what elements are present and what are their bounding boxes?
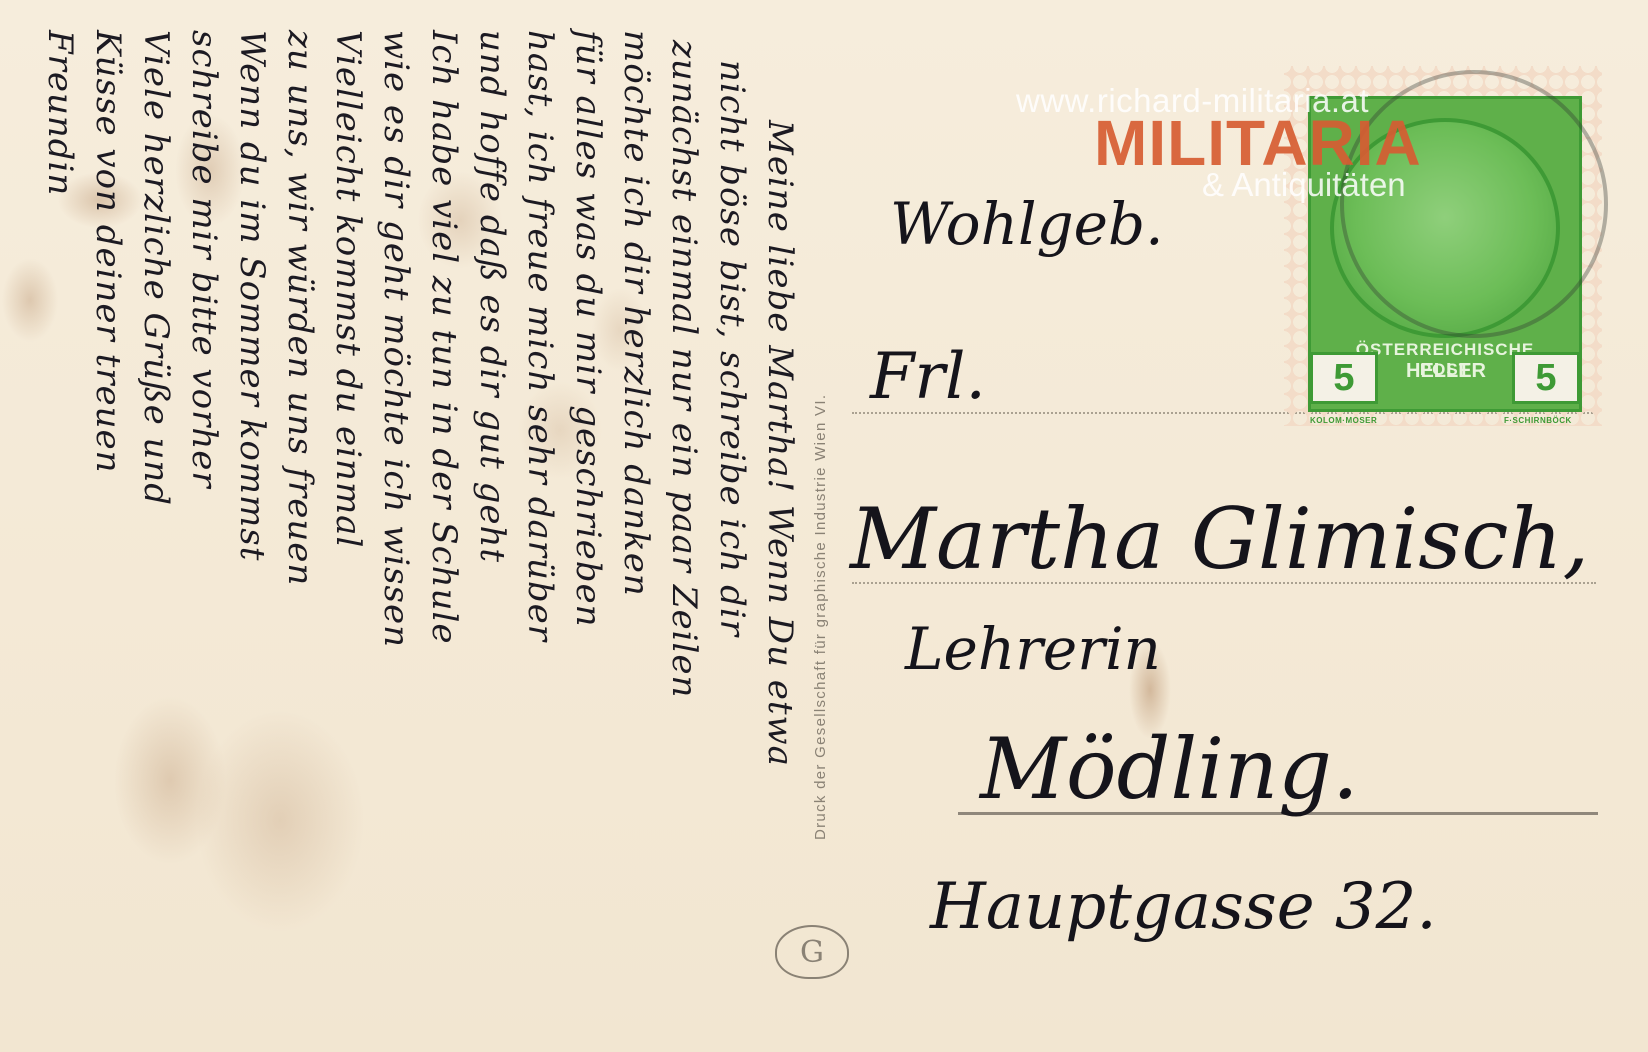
message-line: Küsse von deiner treuen bbox=[88, 30, 128, 474]
publisher-logo-icon: G bbox=[775, 925, 849, 979]
message-line: wie es dir geht möchte ich wissen bbox=[376, 30, 416, 648]
message-line: Vielleicht kommst du einmal bbox=[328, 30, 368, 548]
postcard: Meine liebe Martha! Wenn Du etwa nicht b… bbox=[0, 0, 1648, 1052]
message-line: schreibe mir bitte vorher bbox=[184, 30, 224, 489]
message-line: für alles was du mir geschrieben bbox=[568, 30, 608, 628]
address-title: Frl. bbox=[870, 340, 986, 414]
message-line: zu uns, wir würden uns freuen bbox=[280, 30, 320, 586]
printer-credit: Druck der Gesellschaft für graphische In… bbox=[812, 394, 829, 840]
message-line: Viele herzliche Grüße und bbox=[136, 30, 176, 506]
message-line: nicht böse bist, schreibe ich dir bbox=[712, 60, 752, 637]
stamp-denomination: HELLER bbox=[1388, 360, 1504, 383]
message-line: und hoffe daß es dir gut geht bbox=[472, 30, 512, 563]
address-salutation: Wohlgeb. bbox=[890, 190, 1164, 258]
message-line: Meine liebe Martha! Wenn Du etwa bbox=[760, 120, 800, 767]
handwritten-message: Meine liebe Martha! Wenn Du etwa nicht b… bbox=[10, 0, 820, 1052]
message-line: hast, ich freue mich sehr darüber bbox=[520, 30, 560, 642]
stamp-value-left: 5 bbox=[1310, 352, 1378, 404]
stamp-value-right: 5 bbox=[1512, 352, 1580, 404]
message-line: Freundin bbox=[40, 30, 80, 196]
watermark-subtitle: & Antiquitäten bbox=[1202, 166, 1406, 204]
recipient-street: Hauptgasse 32. bbox=[930, 870, 1437, 944]
stamp-designer: KOLOM·MOSER bbox=[1310, 416, 1377, 425]
message-line: Ich habe viel zu tun in der Schule bbox=[424, 30, 464, 644]
recipient-name: Martha Glimisch, bbox=[850, 490, 1589, 588]
message-line: Wenn du im Sommer kommst bbox=[232, 30, 272, 561]
message-line: möchte ich dir herzlich danken bbox=[616, 30, 656, 597]
recipient-town: Mödling. bbox=[980, 720, 1359, 818]
stamp-engraver: F·SCHIRNBÖCK bbox=[1504, 416, 1572, 425]
message-line: zunächst einmal nur ein paar Zeilen bbox=[664, 40, 704, 698]
recipient-occupation: Lehrerin bbox=[905, 615, 1161, 683]
